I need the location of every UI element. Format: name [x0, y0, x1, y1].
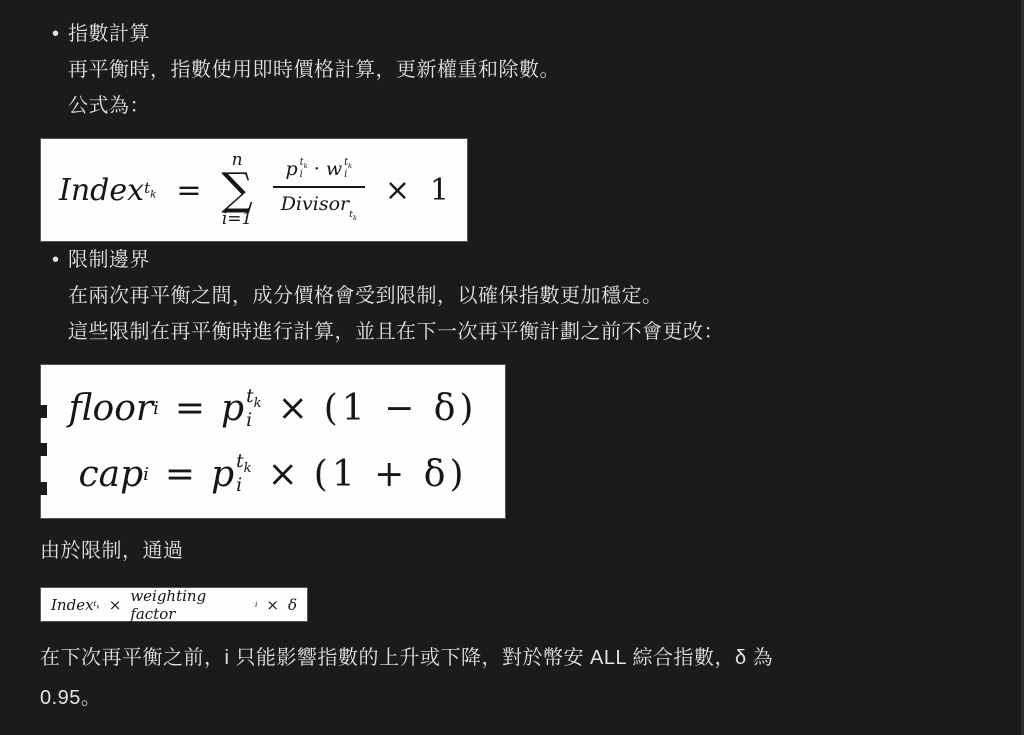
sum-lower-limit: i=1 [222, 211, 253, 228]
price-term: p tk i [221, 387, 262, 431]
cap-expression: (1 + δ) [314, 454, 468, 495]
var-delta: δ [288, 596, 297, 614]
sub-i: i [236, 476, 242, 496]
bullet-marker: • [52, 242, 68, 350]
list-item-limit-bounds: • 限制邊界 在兩次再平衡之間，成分價格會受到限制，以確保指數更加穩定。 這些限… [40, 242, 1024, 350]
weight-term: w tk i [326, 158, 352, 180]
bounds-formula-image: floori = p tk i × (1 − δ) capi = p tk [40, 364, 506, 519]
var-w: w [326, 158, 342, 180]
sub-i: i [344, 170, 347, 180]
price-term: p tk i [211, 452, 252, 496]
cap-formula-row: capi = p tk i × (1 + δ) [78, 452, 467, 496]
index-section-title: 指數計算 [68, 16, 1024, 52]
sup-k: k [254, 396, 262, 411]
times-sign: × [278, 388, 308, 429]
conclusion-paragraph: 在下次再平衡之前，i 只能影響指數的上升或下降，對於幣安 ALL 綜合指數，δ … [40, 638, 1024, 718]
limits-section-desc2: 這些限制在再平衡時進行計算，並且在下一次再平衡計劃之前不會更改： [68, 314, 1024, 350]
times-sign: × [385, 173, 410, 208]
var-p: p [285, 158, 297, 180]
dot-operator: · [314, 158, 320, 180]
sub-i: i [255, 600, 257, 609]
document-page: • 指數計算 再平衡時，指數使用即時價格計算，更新權重和除數。 公式為： Ind… [0, 0, 1024, 735]
var-floor: floor [69, 388, 154, 429]
equals-sign: = [176, 173, 201, 208]
sup-k: k [304, 162, 308, 170]
sigma-symbol: ∑ [221, 169, 252, 211]
index-formula-image: Indextk = n ∑ i=1 p tk i · w [40, 138, 468, 242]
sub-k: k [150, 189, 156, 201]
conclusion-line-1: 在下次再平衡之前，i 只能影響指數的上升或下降，對於幣安 ALL 綜合指數，δ … [40, 638, 1024, 678]
delta-formula-image: Indextk × weighting factori × δ [40, 587, 308, 622]
index-formula-intro: 公式為： [68, 88, 1024, 124]
sub-k: k [353, 214, 357, 222]
sup-k: k [244, 462, 252, 477]
equals-sign: = [165, 454, 195, 495]
index-lhs: Indextk [59, 173, 156, 208]
var-index: Index [59, 173, 144, 208]
equals-sign: = [175, 388, 205, 429]
var-cap: cap [78, 454, 143, 495]
index-term: Indextk [51, 596, 100, 614]
sub-i: i [246, 411, 252, 431]
sub-i: i [143, 464, 149, 485]
weighting-factor-term: weighting factori [130, 587, 257, 623]
floor-formula-row: floori = p tk i × (1 − δ) [69, 387, 478, 431]
delta-lead-text: 由於限制，通過 [40, 533, 1024, 569]
sup-t: t [246, 386, 254, 407]
price-term: p tk i [285, 158, 307, 180]
index-section-desc: 再平衡時，指數使用即時價格計算，更新權重和除數。 [68, 52, 1024, 88]
var-p: p [211, 454, 234, 495]
sup-t: t [236, 451, 244, 472]
sup-k: k [348, 162, 352, 170]
sub-i: i [300, 170, 303, 180]
times-sign: × [266, 596, 279, 614]
bullet-marker: • [52, 16, 68, 124]
limits-section-title: 限制邊界 [68, 242, 1024, 278]
floor-expression: (1 − δ) [324, 388, 478, 429]
bullet-artifact [34, 443, 47, 456]
sub-i: i [153, 398, 159, 419]
fraction: p tk i · w tk i Divisortk [273, 158, 365, 223]
bullet-artifact [34, 405, 47, 418]
times-sign: × [109, 596, 122, 614]
var-divisor: Divisor [281, 193, 349, 215]
var-index: Index [51, 596, 94, 614]
limits-section-desc1: 在兩次再平衡之間，成分價格會受到限制，以確保指數更加穩定。 [68, 278, 1024, 314]
conclusion-line-2: 0.95。 [40, 678, 1024, 718]
var-weighting-factor: weighting factor [130, 587, 255, 623]
list-item-index-calculation: • 指數計算 再平衡時，指數使用即時價格計算，更新權重和除數。 公式為： [40, 16, 1024, 124]
var-p: p [221, 388, 244, 429]
summation: n ∑ i=1 [221, 152, 252, 228]
sub-k: k [97, 604, 100, 610]
times-sign: × [268, 454, 298, 495]
constant-one: 1 [430, 173, 449, 208]
bullet-artifact [34, 482, 47, 495]
